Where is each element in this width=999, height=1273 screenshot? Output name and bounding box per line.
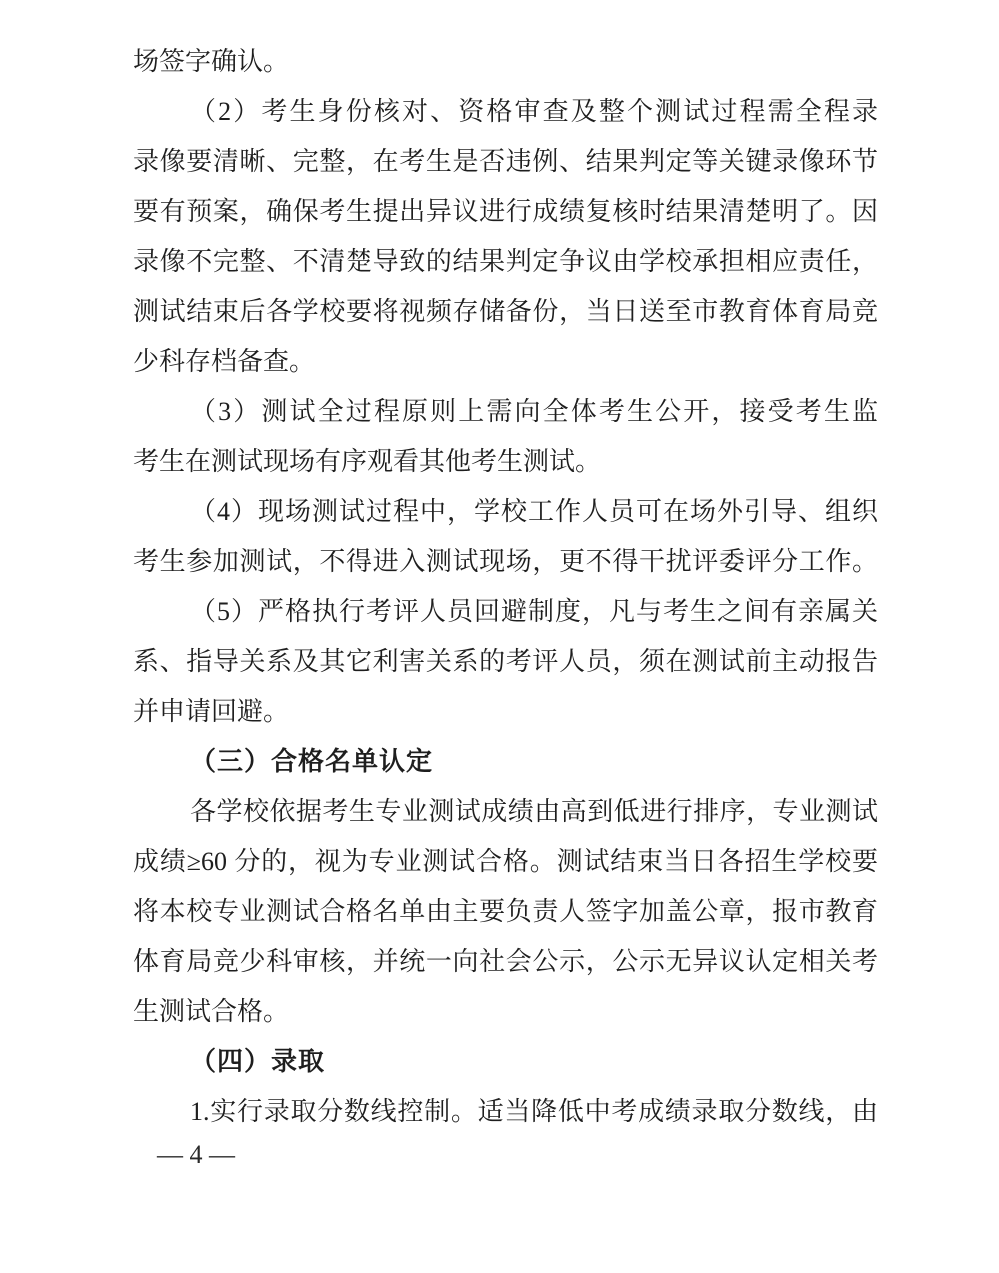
text-line: 体育局竞少科审核，并统一向社会公示，公示无异议认定相关考 [133, 937, 878, 987]
text-line: （4）现场测试过程中，学校工作人员可在场外引导、组织 [133, 487, 878, 537]
text-line: 考生在测试现场有序观看其他考生测试。 [133, 437, 878, 487]
text-line: 考生参加测试，不得进入测试现场，更不得干扰评委评分工作。 [133, 537, 878, 587]
text-line: 场签字确认。 [133, 37, 878, 87]
text-line: 生测试合格。 [133, 987, 878, 1037]
section-heading: （四）录取 [133, 1037, 878, 1087]
text-line: 系、指导关系及其它利害关系的考评人员，须在测试前主动报告 [133, 637, 878, 687]
text-line: 少科存档备查。 [133, 337, 878, 387]
document-content: 场签字确认。（2）考生身份核对、资格审查及整个测试过程需全程录像，录像要清晰、完… [133, 37, 878, 1137]
page-number: — 4 — [157, 1140, 235, 1170]
text-line: 要有预案，确保考生提出异议进行成绩复核时结果清楚明了。因 [133, 187, 878, 237]
text-line: 成绩≥60 分的，视为专业测试合格。测试结束当日各招生学校要 [133, 837, 878, 887]
section-heading: （三）合格名单认定 [133, 737, 878, 787]
text-line: 1.实行录取分数线控制。适当降低中考成绩录取分数线，由 [133, 1087, 878, 1137]
text-line: （5）严格执行考评人员回避制度，凡与考生之间有亲属关 [133, 587, 878, 637]
text-line: 各学校依据考生专业测试成绩由高到低进行排序，专业测试 [133, 787, 878, 837]
text-line: （2）考生身份核对、资格审查及整个测试过程需全程录像， [133, 87, 878, 137]
text-line: 测试结束后各学校要将视频存储备份，当日送至市教育体育局竞 [133, 287, 878, 337]
text-line: 录像要清晰、完整，在考生是否违例、结果判定等关键录像环节 [133, 137, 878, 187]
text-line: 并申请回避。 [133, 687, 878, 737]
text-line: 将本校专业测试合格名单由主要负责人签字加盖公章，报市教育 [133, 887, 878, 937]
text-line: 录像不完整、不清楚导致的结果判定争议由学校承担相应责任， [133, 237, 878, 287]
document-page: 场签字确认。（2）考生身份核对、资格审查及整个测试过程需全程录像，录像要清晰、完… [0, 0, 999, 1273]
text-line: （3）测试全过程原则上需向全体考生公开，接受考生监督， [133, 387, 878, 437]
